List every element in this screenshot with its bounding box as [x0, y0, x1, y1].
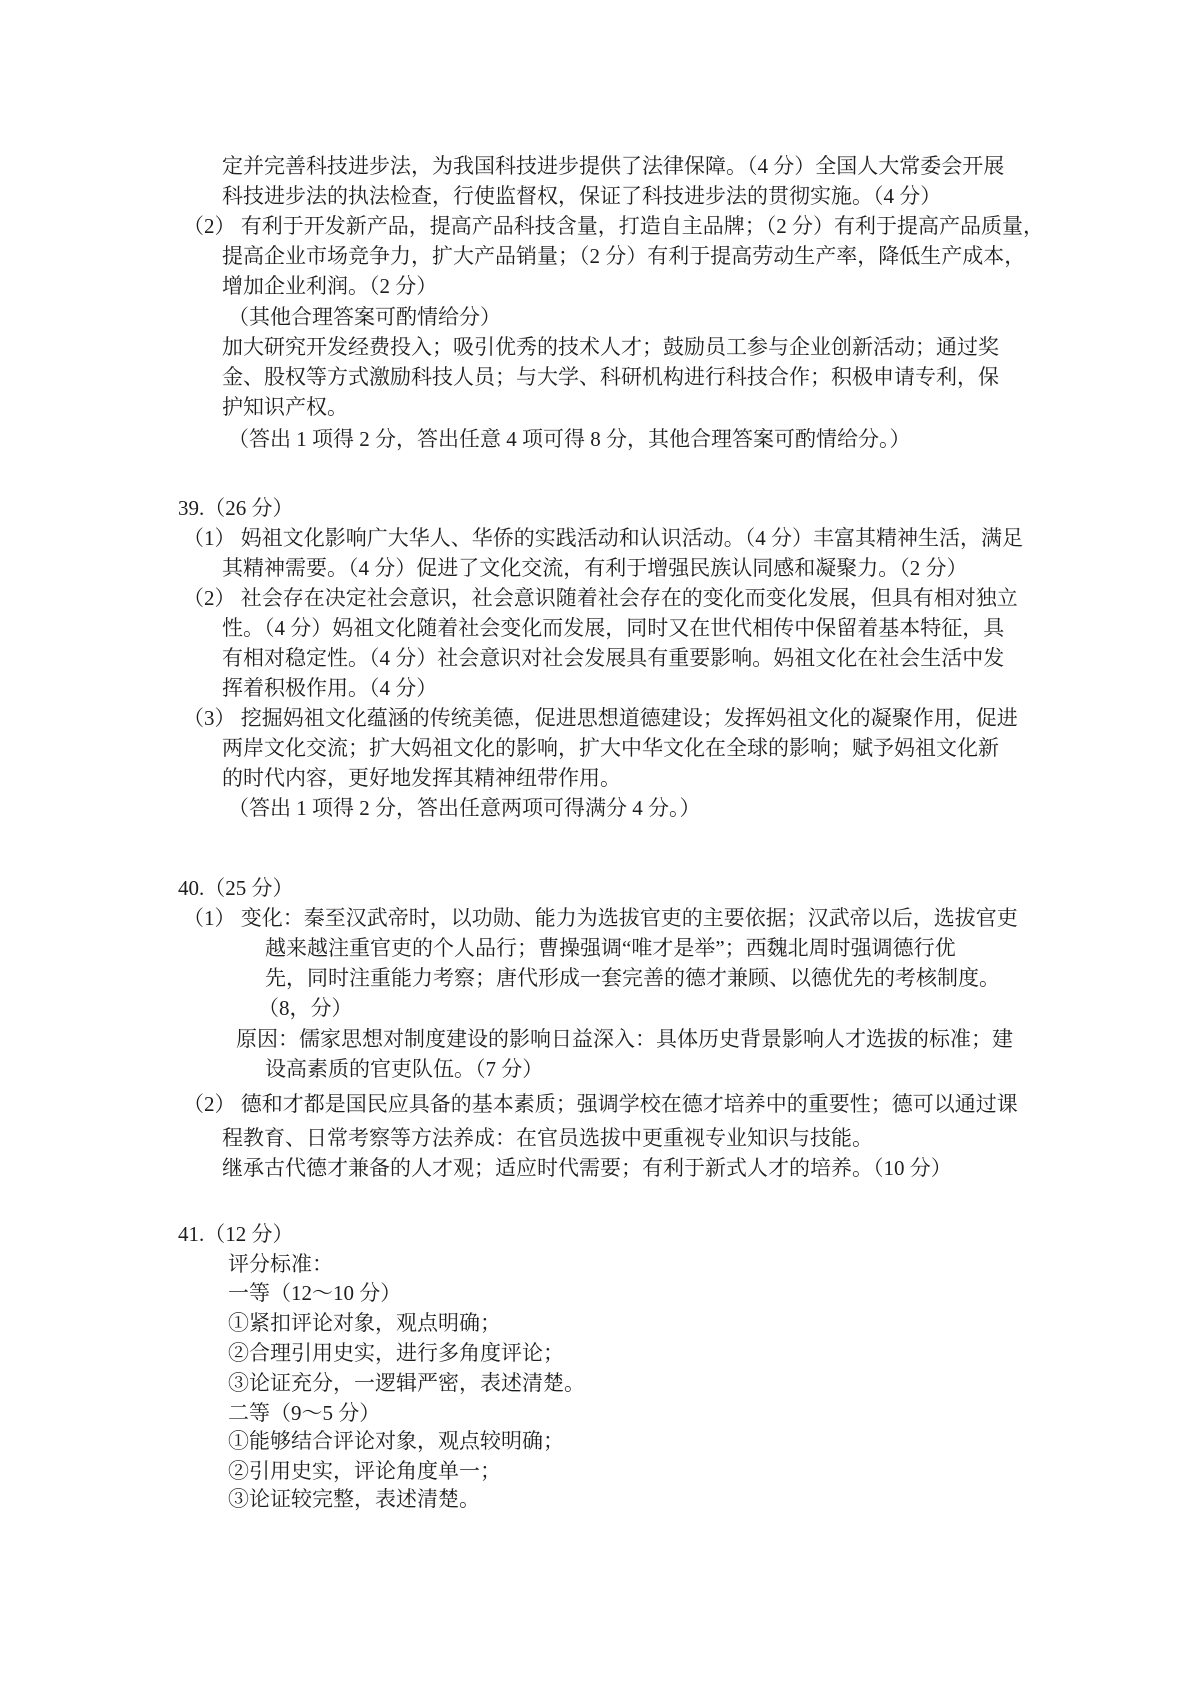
q41-tier1-point-2: ②合理引用史实，进行多角度评论；	[228, 1340, 564, 1366]
q38-grading-note-2: （答出 1 项得 2 分，答出任意 4 项可得 8 分，其他合理答案可酌情给分。…	[228, 426, 911, 452]
q40-score-note: （8，分）	[258, 995, 353, 1021]
q40-answer-line-3: 先，同时注重能力考察；唐代形成一套完善的德才兼顾、以德优先的考核制度。	[265, 965, 1000, 991]
q40-answer-line-8: 程教育、日常考察等方法养成：在官员选拔中更重视专业知识与技能。	[222, 1125, 873, 1151]
q41-tier2-point-3: ③论证较完整，表述清楚。	[228, 1486, 480, 1512]
q38-answer-line-9: 护知识产权。	[222, 394, 348, 420]
q38-answer-line-1: 定并完善科技进步法，为我国科技进步提供了法律保障。（4 分）全国人大常委会开展	[222, 153, 1004, 179]
q40-answer-line-2: 越来越注重官吏的个人品行；曹操强调“唯才是举”；西魏北周时强调德行优	[265, 935, 956, 961]
q38-item-2: （2） 有利于开发新产品，提高产品科技含量，打造自主品牌；（2 分）有利于提高产…	[183, 213, 1044, 239]
q40-reason-line-1: 原因：儒家思想对制度建设的影响日益深入：具体历史背景影响人才选拔的标准；建	[236, 1026, 1013, 1052]
q39-grading-note: （答出 1 项得 2 分，答出任意两项可得满分 4 分。）	[228, 795, 701, 821]
q38-answer-line-7: 加大研究开发经费投入；吸引优秀的技术人才；鼓励员工参与企业创新活动；通过奖	[222, 334, 999, 360]
q40-answer-line-9: 继承古代德才兼备的人才观；适应时代需要；有利于新式人才的培养。（10 分）	[222, 1155, 952, 1181]
q39-answer-line-2: 其精神需要。（4 分）促进了文化交流，有利于增强民族认同感和凝聚力。（2 分）	[222, 555, 968, 581]
q40-item-2: （2） 德和才都是国民应具备的基本素质；强调学校在德才培养中的重要性；德可以通过…	[183, 1091, 1018, 1117]
q41-tier2-header: 二等（9～5 分）	[228, 1400, 380, 1426]
q41-header: 41.（12 分）	[178, 1221, 294, 1247]
q38-answer-line-5: 增加企业利润。（2 分）	[222, 273, 437, 299]
q41-rubric-title: 评分标准：	[228, 1251, 333, 1277]
q41-tier2-point-2: ②引用史实，评论角度单一；	[228, 1458, 501, 1484]
q40-reason-line-2: 设高素质的官吏队伍。（7 分）	[265, 1056, 543, 1082]
q39-answer-line-6: 挥着积极作用。（4 分）	[222, 675, 437, 701]
q38-answer-line-2: 科技进步法的执法检查，行使监督权，保证了科技进步法的贯彻实施。（4 分）	[222, 183, 941, 209]
q40-header: 40.（25 分）	[178, 875, 294, 901]
document-page: 定并完善科技进步法，为我国科技进步提供了法律保障。（4 分）全国人大常委会开展 …	[0, 0, 1200, 1698]
q39-item-1: （1） 妈祖文化影响广大华人、华侨的实践活动和认识活动。（4 分）丰富其精神生活…	[183, 525, 1023, 551]
q41-tier1-header: 一等（12～10 分）	[228, 1280, 401, 1306]
q39-item-2: （2） 社会存在决定社会意识，社会意识随着社会存在的变化而变化发展，但具有相对独…	[183, 585, 1018, 611]
q39-item-3: （3） 挖掘妈祖文化蕴涵的传统美德，促进思想道德建设；发挥妈祖文化的凝聚作用，促…	[183, 705, 1018, 731]
q39-answer-line-5: 有相对稳定性。（4 分）社会意识对社会发展具有重要影响。妈祖文化在社会生活中发	[222, 645, 1004, 671]
q39-answer-line-9: 的时代内容，更好地发挥其精神纽带作用。	[222, 765, 621, 791]
q39-answer-line-8: 两岸文化交流；扩大妈祖文化的影响，扩大中华文化在全球的影响；赋予妈祖文化新	[222, 735, 999, 761]
q38-grading-note-1: （其他合理答案可酌情给分）	[228, 304, 501, 330]
q38-answer-line-8: 金、股权等方式激励科技人员；与大学、科研机构进行科技合作；积极申请专利，保	[222, 364, 999, 390]
q38-answer-line-4: 提高企业市场竞争力，扩大产品销量；（2 分）有利于提高劳动生产率，降低生产成本，	[222, 243, 1025, 269]
q39-answer-line-4: 性。（4 分）妈祖文化随着社会变化而发展，同时又在世代相传中保留着基本特征，具	[222, 615, 1004, 641]
q41-tier1-point-3: ③论证充分，一逻辑严密，表述清楚。	[228, 1370, 585, 1396]
q41-tier2-point-1: ①能够结合评论对象，观点较明确；	[228, 1428, 564, 1454]
q39-header: 39.（26 分）	[178, 495, 294, 521]
q41-tier1-point-1: ①紧扣评论对象，观点明确；	[228, 1310, 501, 1336]
q40-item-1: （1） 变化：秦至汉武帝时，以功勋、能力为选拔官吏的主要依据；汉武帝以后，选拔官…	[183, 905, 1018, 931]
